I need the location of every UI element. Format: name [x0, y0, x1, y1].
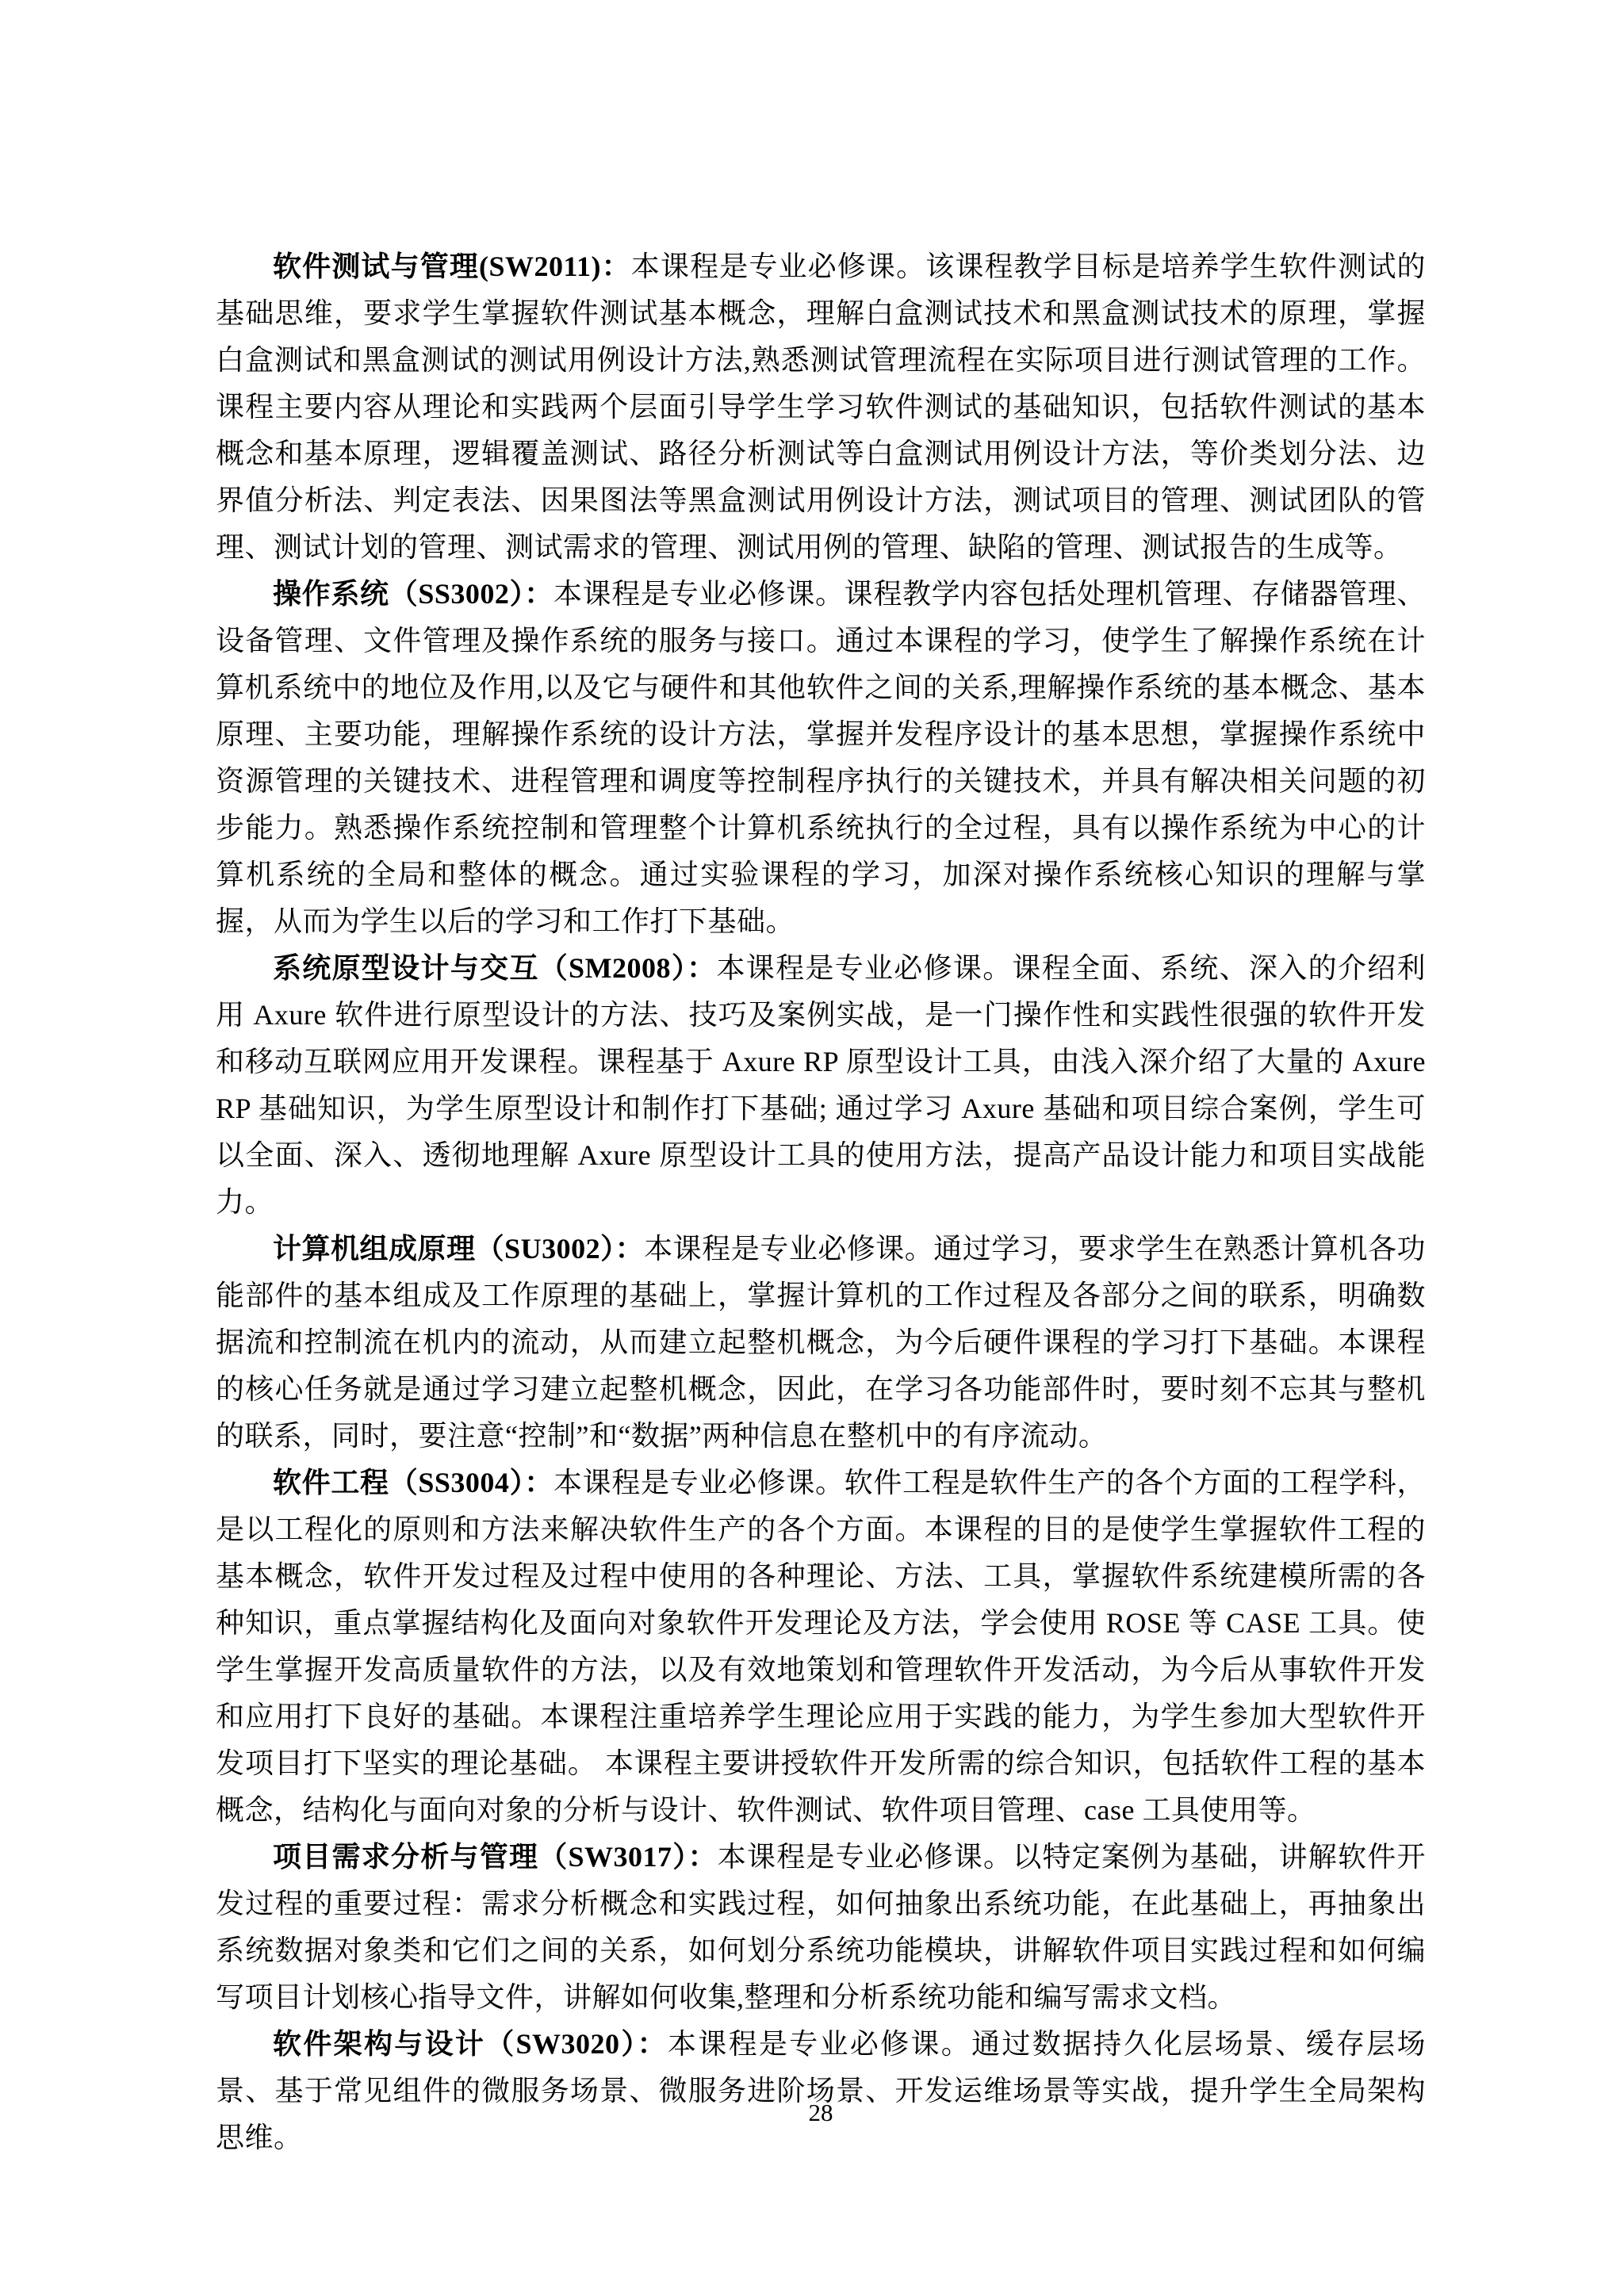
course-title-sw3020: 软件架构与设计（SW3020）： — [273, 2028, 668, 2060]
course-title-sw2011: 软件测试与管理(SW2011)： — [273, 251, 631, 282]
course-title-sm2008: 系统原型设计与交互（SM2008）： — [273, 952, 716, 984]
page-content: 软件测试与管理(SW2011)：本课程是专业必修课。该课程教学目标是培养学生软件… — [216, 243, 1426, 2161]
paragraph-computer-organization: 计算机组成原理（SU3002）：本课程是专业必修课。通过学习，要求学生在熟悉计算… — [216, 1226, 1426, 1460]
course-description-su3002: 本课程是专业必修课。通过学习，要求学生在熟悉计算机各功能部件的基本组成及工作原理… — [216, 1233, 1426, 1452]
paragraph-software-testing: 软件测试与管理(SW2011)：本课程是专业必修课。该课程教学目标是培养学生软件… — [216, 243, 1426, 571]
paragraph-requirements-analysis: 项目需求分析与管理（SW3017）：本课程是专业必修课。以特定案例为基础，讲解软… — [216, 1834, 1426, 2021]
course-title-ss3004: 软件工程（SS3004）： — [273, 1467, 553, 1498]
course-description-ss3002: 本课程是专业必修课。课程教学内容包括处理机管理、存储器管理、设备管理、文件管理及… — [216, 578, 1426, 937]
page-number: 28 — [216, 2097, 1426, 2129]
course-description-ss3004: 本课程是专业必修课。软件工程是软件生产的各个方面的工程学科，是以工程化的原则和方… — [216, 1467, 1426, 1826]
course-description-sw2011: 本课程是专业必修课。该课程教学目标是培养学生软件测试的基础思维，要求学生掌握软件… — [216, 251, 1426, 563]
paragraph-operating-systems: 操作系统（SS3002）：本课程是专业必修课。课程教学内容包括处理机管理、存储器… — [216, 571, 1426, 945]
course-title-sw3017: 项目需求分析与管理（SW3017）： — [273, 1841, 718, 1873]
course-title-ss3002: 操作系统（SS3002）： — [273, 578, 553, 610]
document-page: 软件测试与管理(SW2011)：本课程是专业必修课。该课程教学目标是培养学生软件… — [0, 0, 1624, 2296]
paragraph-software-architecture: 软件架构与设计（SW3020）：本课程是专业必修课。通过数据持久化层场景、缓存层… — [216, 2021, 1426, 2161]
paragraph-prototype-design: 系统原型设计与交互（SM2008）：本课程是专业必修课。课程全面、系统、深入的介… — [216, 945, 1426, 1226]
paragraph-software-engineering: 软件工程（SS3004）：本课程是专业必修课。软件工程是软件生产的各个方面的工程… — [216, 1460, 1426, 1834]
course-description-sm2008: 本课程是专业必修课。课程全面、系统、深入的介绍利用 Axure 软件进行原型设计… — [216, 952, 1426, 1218]
course-title-su3002: 计算机组成原理（SU3002）： — [273, 1233, 644, 1265]
